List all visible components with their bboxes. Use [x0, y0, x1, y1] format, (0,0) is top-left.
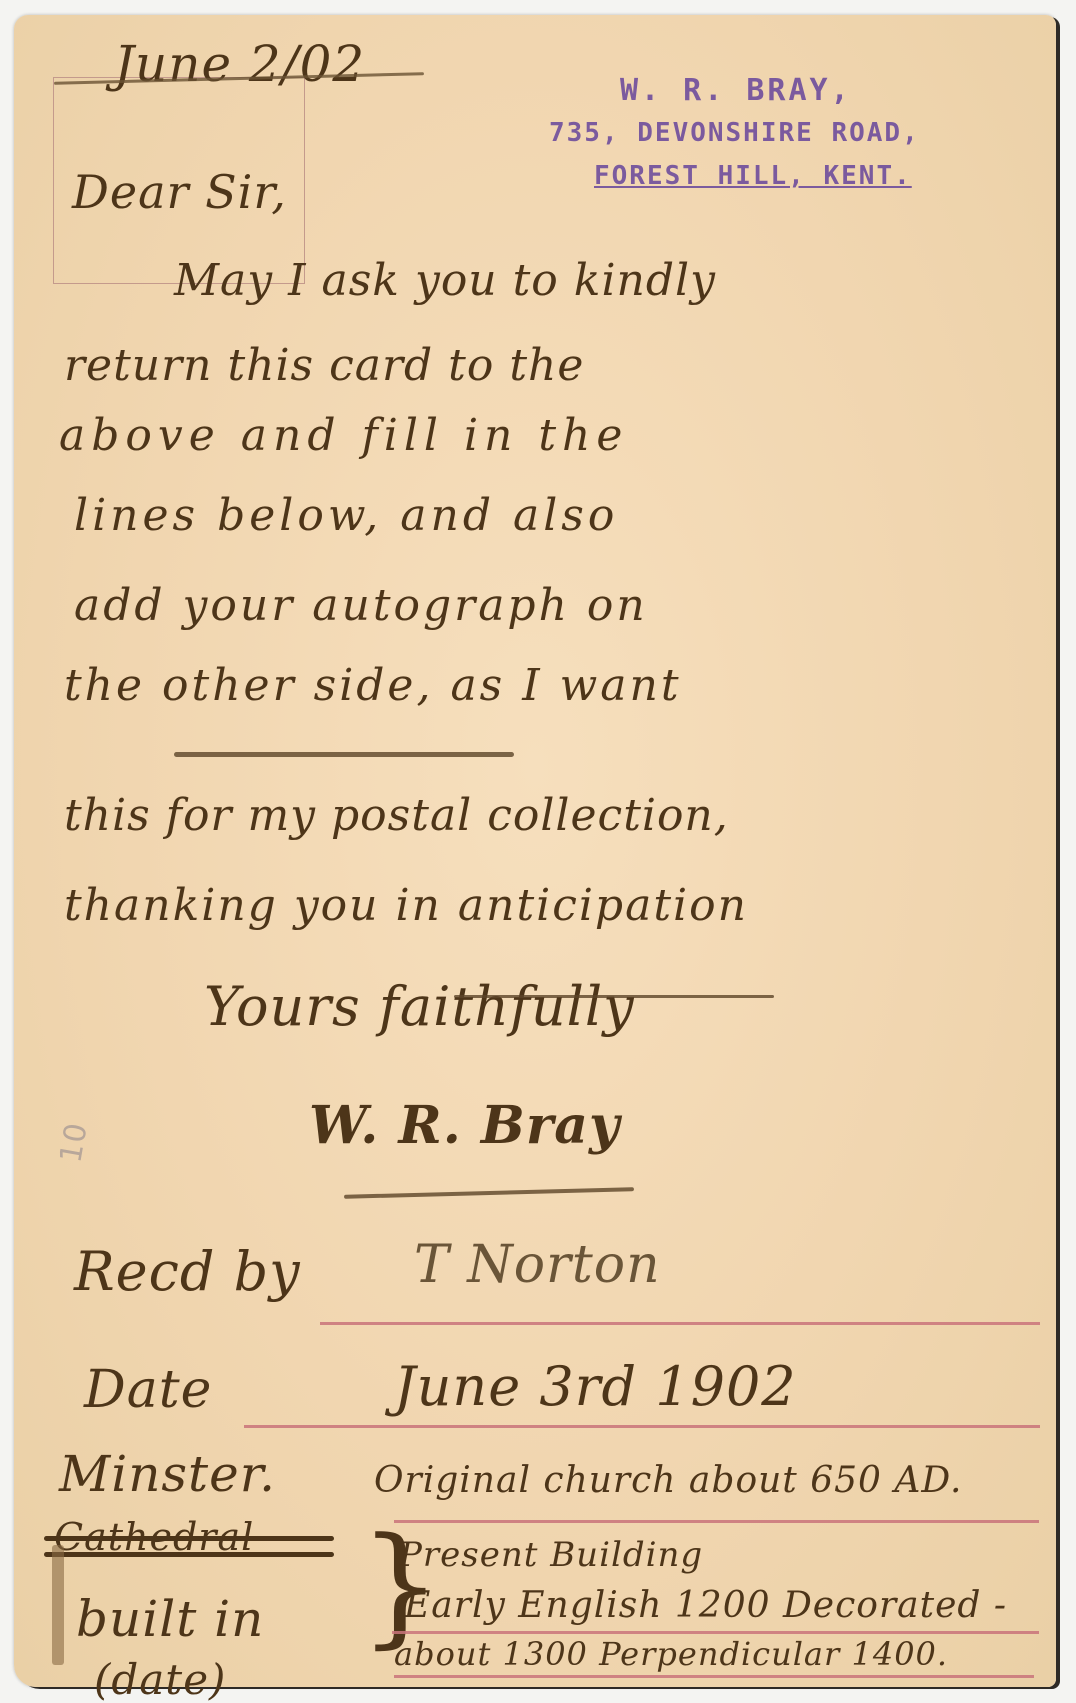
- recd-by-rule: [320, 1322, 1040, 1325]
- date-note-label: (date): [94, 1655, 226, 1703]
- closing-overline: [454, 995, 774, 998]
- built-line-1: Original church about 650 AD.: [374, 1460, 962, 1501]
- body-line-1: May I ask you to kindly: [174, 255, 716, 306]
- sender-stamp-town: FOREST HILL, KENT.: [594, 161, 912, 191]
- body-line-6: the other side, as I want: [64, 660, 682, 711]
- date-written: June 2/02: [114, 35, 365, 93]
- postcard: June 2/02 W. R. BRAY, 735, DEVONSHIRE RO…: [14, 15, 1056, 1687]
- minster-label: Minster.: [59, 1445, 276, 1503]
- built-line-2: Present Building: [399, 1535, 703, 1575]
- built-rule-1: [392, 1631, 1039, 1634]
- cathedral-strikethrough-2: [44, 1552, 334, 1557]
- date-label: Date: [84, 1360, 212, 1420]
- built-in-label: built in: [76, 1590, 264, 1648]
- body-line-8: thanking you in anticipation: [64, 880, 748, 931]
- minster-rule: [394, 1520, 1039, 1523]
- margin-pencil-note: 10: [53, 1120, 94, 1166]
- date-rule: [244, 1425, 1040, 1428]
- sender-stamp-name: W. R. BRAY,: [620, 73, 852, 108]
- sender-stamp-street: 735, DEVONSHIRE ROAD,: [549, 118, 920, 148]
- signature: W. R. Bray: [309, 1095, 620, 1156]
- recd-by-value: T Norton: [414, 1235, 661, 1295]
- salutation: Dear Sir,: [72, 165, 287, 219]
- body-line-7: this for my postal collection,: [64, 790, 729, 841]
- body-line-3: above and fill in the: [59, 410, 628, 461]
- built-rule-2: [394, 1675, 1034, 1678]
- built-line-4: about 1300 Perpendicular 1400.: [394, 1635, 948, 1673]
- date-value: June 3rd 1902: [394, 1355, 797, 1418]
- margin-vertical-stroke: [52, 1545, 64, 1665]
- closing: Yours faithfully: [204, 975, 635, 1038]
- built-line-3: Early English 1200 Decorated -: [404, 1585, 1007, 1626]
- signature-underline: [344, 1187, 634, 1199]
- other-side-underline: [174, 752, 514, 757]
- body-line-4: lines below, and also: [74, 490, 618, 541]
- cathedral-strikethrough: [44, 1536, 334, 1541]
- recd-by-label: Recd by: [74, 1240, 301, 1303]
- body-line-5: add your autograph on: [74, 580, 648, 631]
- body-line-2: return this card to the: [64, 340, 584, 391]
